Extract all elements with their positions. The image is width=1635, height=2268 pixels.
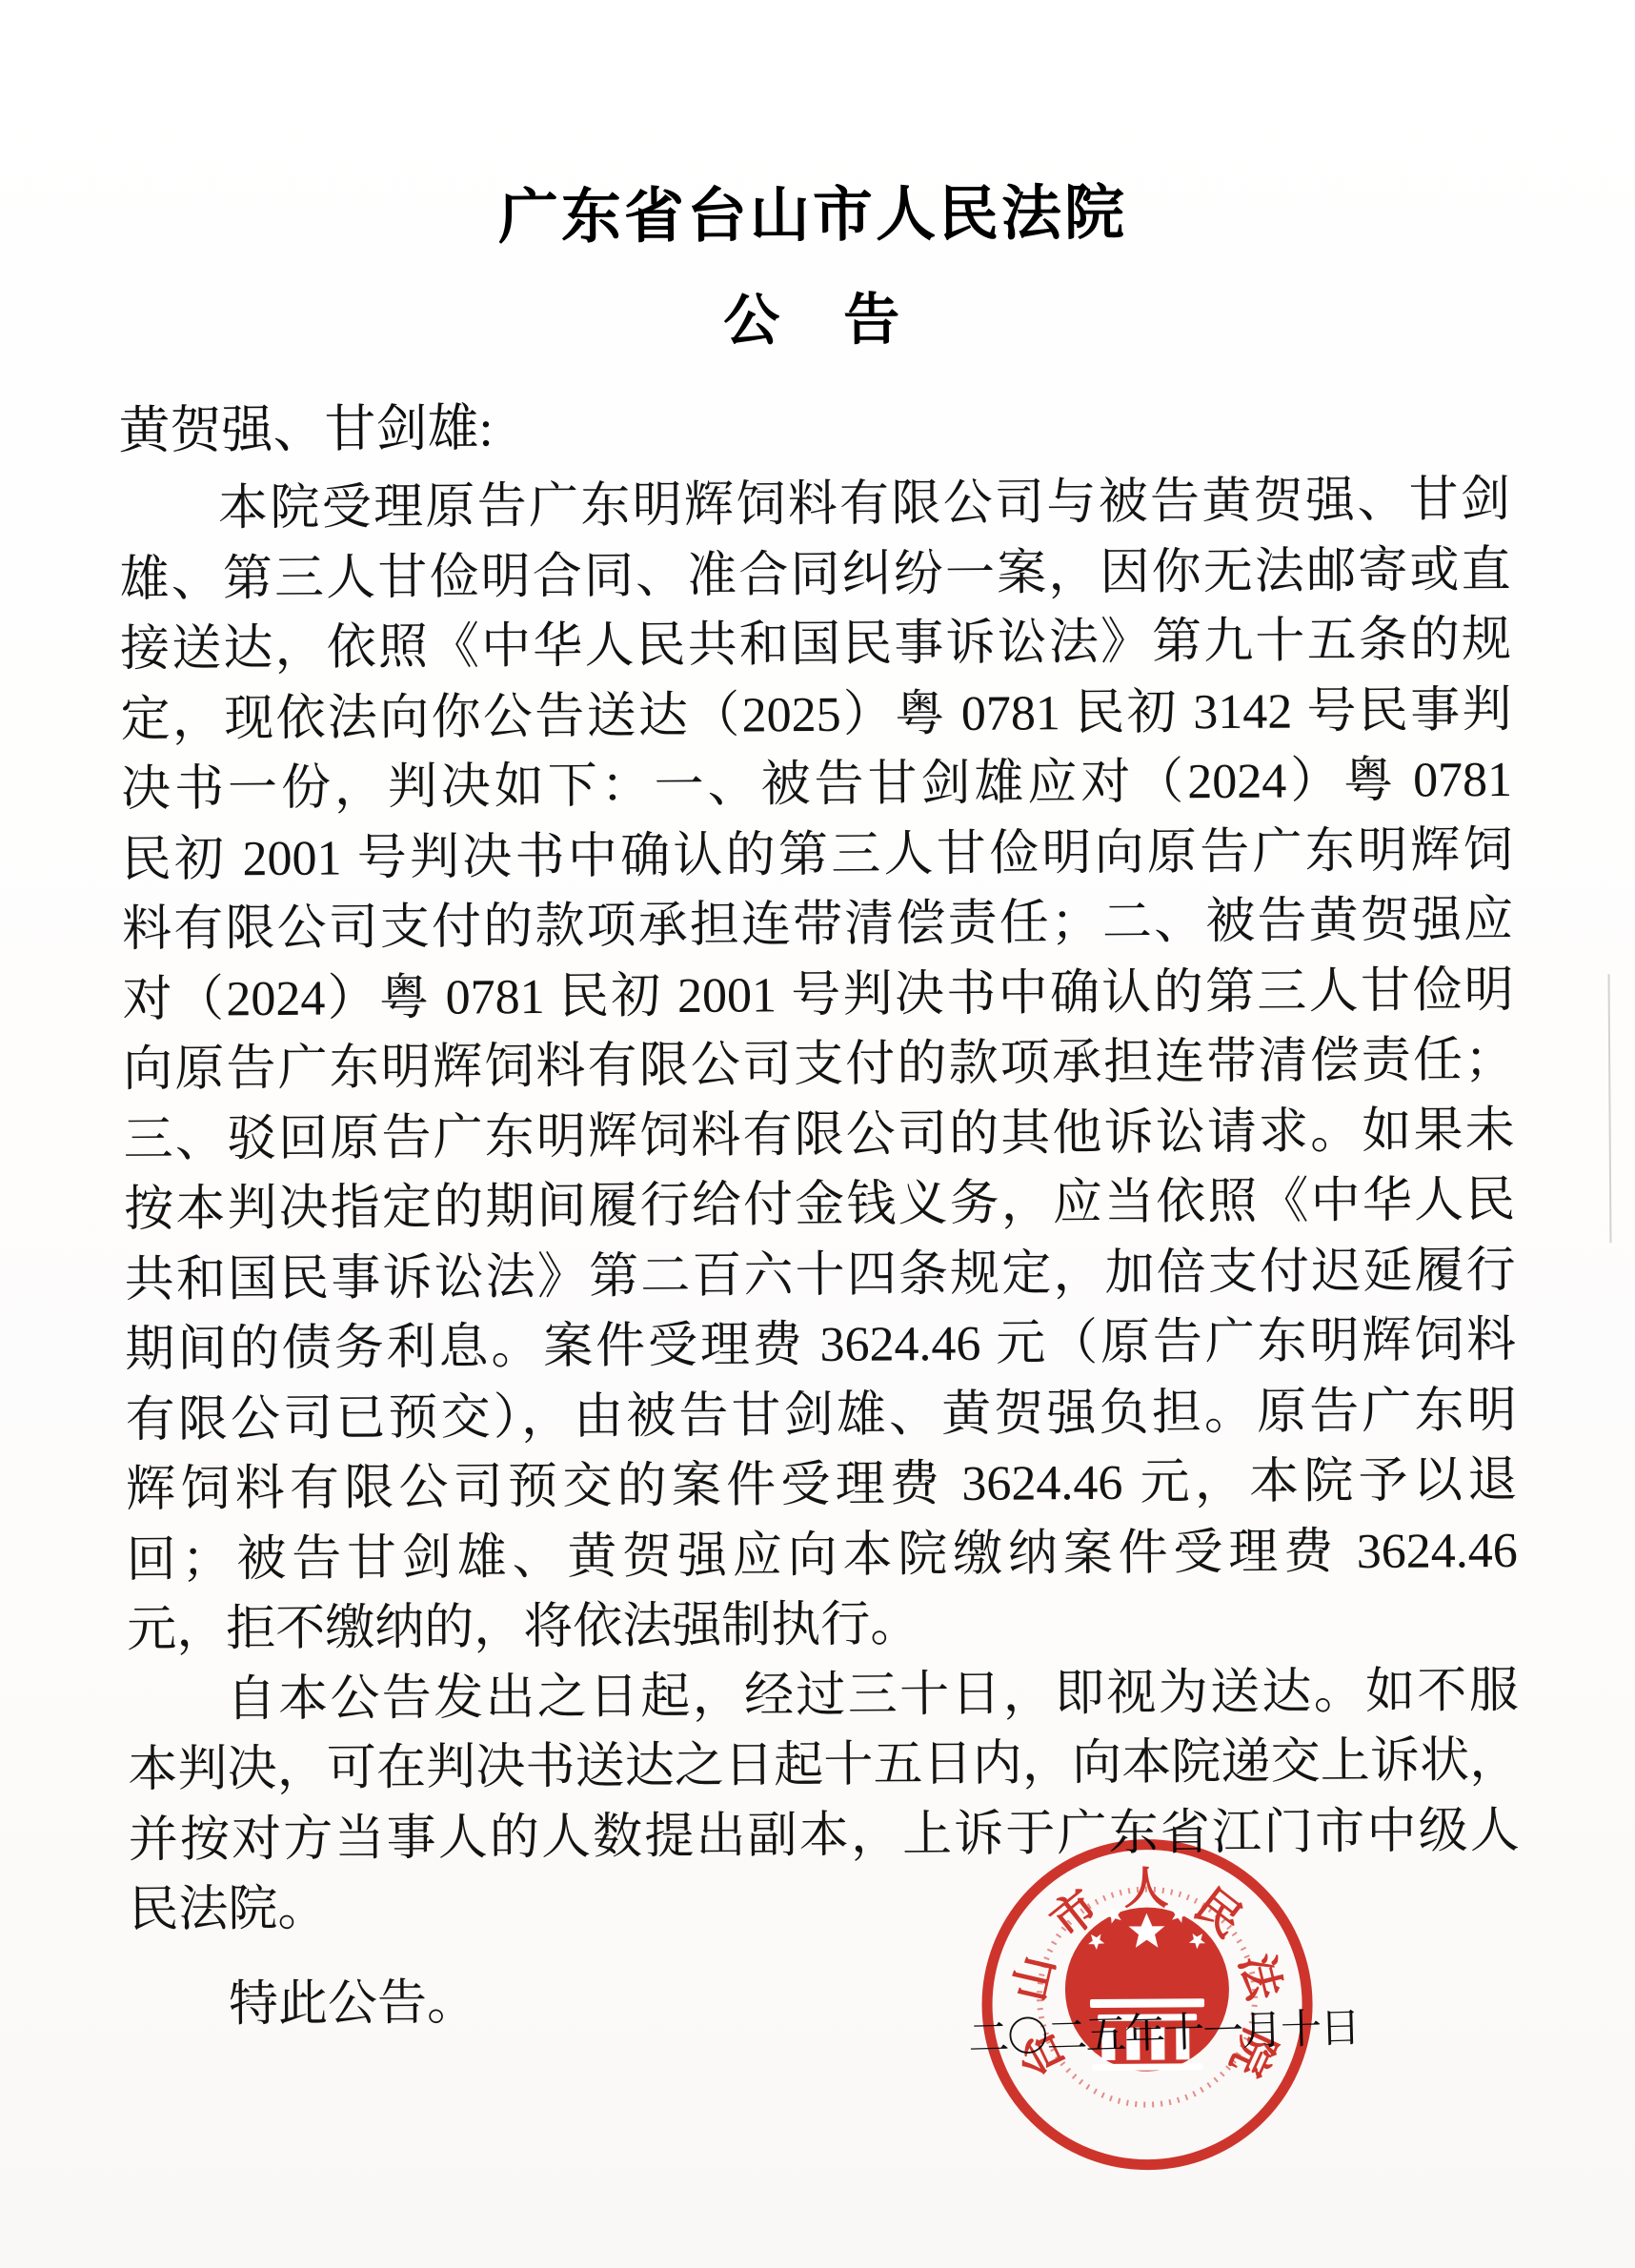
court-title: 广东省台山市人民法院 <box>117 176 1508 255</box>
paragraph: 本院受理原告广东明辉饲料有限公司与被告黄贺强、甘剑雄、第三人甘俭明合同、准合同纠… <box>119 465 1519 1666</box>
emblem-gate-roof <box>1090 1998 1204 2008</box>
emblem-gate-column <box>1176 2027 1189 2059</box>
emblem-gate-column <box>1101 2028 1115 2060</box>
seal-graphics: 台山市人民法院 <box>986 1843 1308 2165</box>
body-line: 三、驳回原告广东明辉饲料有限公司的其他诉讼请求。如果未 <box>123 1096 1514 1176</box>
seal-rim-char: 人 <box>1124 1864 1169 1914</box>
body-line: 雄、第三人甘俭明合同、准合同纠纷一案，因你无法邮寄或直 <box>119 536 1510 616</box>
court-seal: 台山市人民法院 <box>971 1828 1324 2181</box>
body-line: 接送达，依照《中华人民共和国民事诉讼法》第九十五条的规 <box>120 605 1511 685</box>
emblem-gate-column <box>1126 2028 1140 2060</box>
body-line: 本院受理原告广东明辉饲料有限公司与被告黄贺强、甘剑 <box>119 465 1510 545</box>
body-line: 料有限公司支付的款项承担连带清偿责任；二、被告黄贺强应 <box>122 885 1513 965</box>
seal-rim-char: 台 <box>1011 2023 1075 2085</box>
addressee-line: 黄贺强、甘剑雄: <box>118 389 1509 463</box>
body-line: 有限公司已预交），由被告甘剑雄、黄贺强负担。原告广东明 <box>125 1376 1516 1456</box>
body-line: 定，现依法向你公告送达（2025）粤 0781 民初 3142 号民事判 <box>120 676 1511 756</box>
body-line: 决书一份，判决如下：一、被告甘剑雄应对（2024）粤 0781 <box>121 745 1512 825</box>
body-line: 民初 2001 号判决书中确认的第三人甘俭明向原告广东明辉饲 <box>121 816 1512 896</box>
scanned-court-notice-page: 广东省台山市人民法院 公 告 黄贺强、甘剑雄: 本院受理原告广东明辉饲料有限公司… <box>0 0 1635 2268</box>
body-line: 辉饲料有限公司预交的案件受理费 3624.46 元，本院予以退 <box>126 1446 1517 1526</box>
body-line: 自本公告发出之日起，经过三十日，即视为送达。如不服 <box>128 1656 1519 1736</box>
notice-title: 公 告 <box>117 270 1509 360</box>
body-line: 元，拒不缴纳的，将依法强制执行。 <box>127 1586 1518 1666</box>
scan-content: 广东省台山市人民法院 公 告 黄贺强、甘剑雄: 本院受理原告广东明辉饲料有限公司… <box>0 0 1635 2268</box>
emblem-gate-column <box>1151 2027 1164 2059</box>
body-line: 按本判决指定的期间履行给付金钱义务，应当依照《中华人民 <box>124 1165 1515 1245</box>
body-paragraphs: 本院受理原告广东明辉饲料有限公司与被告黄贺强、甘剑雄、第三人甘俭明合同、准合同纠… <box>119 465 1521 2040</box>
body-line: 期间的债务利息。案件受理费 3624.46 元（原告广东明辉饲料 <box>125 1306 1516 1386</box>
body-line: 对（2024）粤 0781 民初 2001 号判决书中确认的第三人甘俭明 <box>122 956 1513 1036</box>
body-line: 向原告广东明辉饲料有限公司支付的款项承担连带清偿责任； <box>123 1025 1514 1105</box>
emblem-gate-base <box>1092 2063 1202 2071</box>
seal-rim-char: 法 <box>1230 1950 1289 2006</box>
notice-body: 广东省台山市人民法院 公 告 黄贺强、甘剑雄: 本院受理原告广东明辉饲料有限公司… <box>115 0 1521 2041</box>
seal-rim-char: 院 <box>1221 2022 1284 2083</box>
body-line: 回；被告甘剑雄、黄贺强应向本院缴纳案件受理费 3624.46 <box>127 1516 1518 1596</box>
emblem-gate-band <box>1098 2014 1197 2021</box>
body-line: 本判决，可在判决书送达之日起十五日内，向本院递交上诉状， <box>128 1726 1519 1806</box>
scan-artifact-line <box>1608 974 1612 1243</box>
body-line: 共和国民事诉讼法》第二百六十四条规定，加倍支付迟延履行 <box>124 1236 1515 1316</box>
seal-rim-char: 山 <box>1006 1952 1064 2006</box>
